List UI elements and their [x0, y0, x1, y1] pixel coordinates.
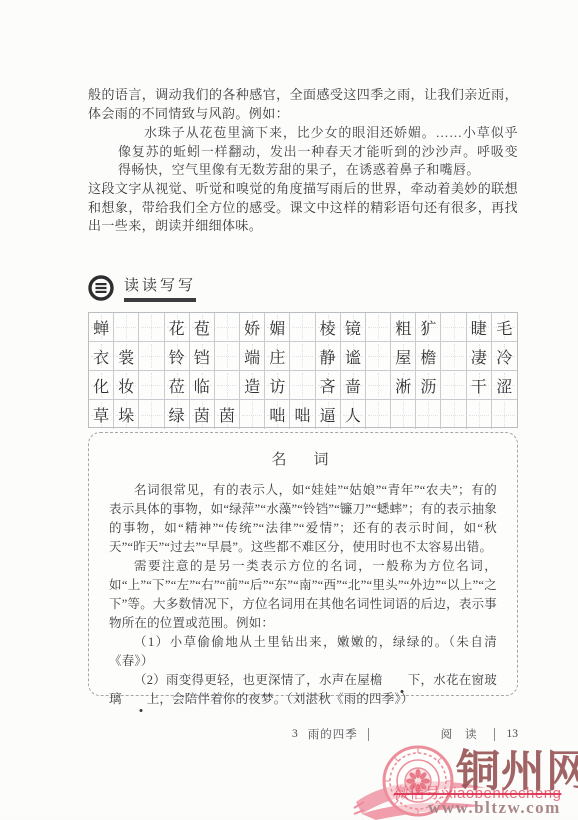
grid-cell: 妆: [114, 371, 139, 400]
section-title: 读读写写: [124, 274, 196, 302]
grid-cell: 衣: [89, 342, 114, 371]
grid-cell: 吝: [316, 371, 341, 400]
watermark: 铜州网 微信号:xiaobenkecheng www.bltzw.com: [0, 740, 578, 818]
grid-cell: [492, 400, 517, 429]
quote-paragraph: 水珠子从花苞里滴下来，比少女的眼泪还娇媚。……小草似乎像复苏的蚯蚓一样翻动，发出…: [118, 124, 518, 180]
grid-cell: 化: [89, 371, 114, 400]
grid-cell: 咄: [290, 400, 315, 429]
grid-cell: 花: [165, 313, 190, 342]
grid-cell: 临: [190, 371, 215, 400]
lesson-number: 3: [292, 728, 298, 740]
section-label: 阅 读: [441, 726, 482, 742]
grid-cell: 毛: [492, 313, 517, 342]
grid-cell: 镜: [341, 313, 366, 342]
grid-cell: 茵: [215, 400, 240, 429]
grid-cell: 裳: [114, 342, 139, 371]
footer-divider: [494, 728, 495, 741]
page-footer: 3 雨的四季 阅 读 13: [88, 726, 518, 742]
grid-cell: [215, 342, 240, 371]
grid-cell: 谧: [341, 342, 366, 371]
noun-example-2: （2）雨变得更轻，也更深情了，水声在屋檐下，水花在窗玻璃上，会陪伴着你的夜梦。（…: [109, 671, 497, 709]
read-write-section-header: 读读写写: [88, 274, 518, 302]
grid-cell: 粗: [391, 313, 416, 342]
seal-icon: [381, 744, 455, 818]
grid-cell: 端: [240, 342, 265, 371]
grid-cell: 访: [265, 371, 290, 400]
page-number: 13: [507, 728, 519, 740]
grid-cell: 咄: [265, 400, 290, 429]
emphasized-char: 下: [383, 671, 421, 690]
emphasized-char: 上: [122, 690, 160, 709]
grid-cell: 铛: [190, 342, 215, 371]
grid-cell: [215, 313, 240, 342]
grid-cell: 涩: [492, 371, 517, 400]
grid-cell: [441, 371, 466, 400]
noun-box-title: 名 词: [109, 448, 497, 469]
grid-cell: 睫: [467, 313, 492, 342]
lesson-title: 雨的四季: [308, 726, 358, 742]
closing-paragraph: 这段文字从视觉、听觉和嗅觉的角度描写雨后的世界，牵动着美妙的联想和想象，带给我们…: [88, 180, 518, 236]
grid-cell: [240, 400, 265, 429]
circle-lines-icon: [88, 275, 114, 301]
grid-cell: [366, 400, 391, 429]
grid-cell: 沥: [416, 371, 441, 400]
footer-lesson: 3 雨的四季: [292, 726, 369, 742]
noun-paragraph-2: 需要注意的是另一类表示方位的名词，一般称为方位名词，如“上”“下”“左”“右”“…: [109, 557, 497, 633]
top-paragraph: 般的语言，调动我们的各种感官，全面感受这四季之雨，让我们亲近雨，体会雨的不同情致…: [88, 86, 518, 123]
grid-cell: 垛: [114, 400, 139, 429]
grid-cell: 逼: [316, 400, 341, 429]
grid-cell: 棱: [316, 313, 341, 342]
noun-example-1: （1）小草偷偷地从土里钻出来，嫩嫩的，绿绿的。（朱自清《春》）: [109, 633, 497, 671]
grid-cell: [366, 371, 391, 400]
grid-cell: 媚: [265, 313, 290, 342]
grid-cell: 屋: [391, 342, 416, 371]
watermark-site-url: www.bltzw.com: [428, 798, 561, 818]
footer-divider: [368, 728, 369, 741]
grid-cell: [114, 313, 139, 342]
grid-cell: 草: [89, 400, 114, 429]
textbook-page: 般的语言，调动我们的各种感官，全面感受这四季之雨，让我们亲近雨，体会雨的不同情致…: [0, 0, 578, 818]
grid-cell: [416, 400, 441, 429]
noun-paragraph-1: 名词很常见，有的表示人，如“娃娃”“姑娘”“青年”“农夫”；有的表示具体的事物，…: [109, 481, 497, 557]
grid-cell: 苞: [190, 313, 215, 342]
footer-right: 阅 读 13: [441, 726, 518, 742]
grid-cell: 冷: [492, 342, 517, 371]
grid-cell: [215, 371, 240, 400]
grid-cell: [441, 313, 466, 342]
grid-cell: 檐: [416, 342, 441, 371]
grid-cell: [366, 313, 391, 342]
grid-cell: 犷: [416, 313, 441, 342]
grid-cell: [441, 400, 466, 429]
grid-cell: 静: [316, 342, 341, 371]
watermark-wechat-id: 微信号:xiaobenkecheng: [394, 782, 561, 803]
grid-cell: 凄: [467, 342, 492, 371]
grid-cell: [290, 371, 315, 400]
example2-text: ，会陪伴着你的夜梦。（刘湛秋《雨的四季》）: [159, 692, 413, 706]
grid-cell: [366, 342, 391, 371]
ribbon-icon: [352, 768, 492, 818]
grid-cell: 淅: [391, 371, 416, 400]
grid-cell: 啬: [341, 371, 366, 400]
grid-cell: [139, 400, 164, 429]
grid-cell: [139, 371, 164, 400]
grid-cell: 莅: [165, 371, 190, 400]
grid-cell: 人: [341, 400, 366, 429]
watermark-site-name: 铜州网: [456, 742, 578, 802]
grid-cell: [139, 313, 164, 342]
grid-cell: 娇: [240, 313, 265, 342]
grid-cell: 蝉: [89, 313, 114, 342]
grid-cell: 干: [467, 371, 492, 400]
grid-cell: [139, 342, 164, 371]
grid-cell: 铃: [165, 342, 190, 371]
grid-cell: [290, 313, 315, 342]
grid-cell: [441, 342, 466, 371]
grid-cell: [391, 400, 416, 429]
grid-cell: 庄: [265, 342, 290, 371]
character-grid: 蝉花苞娇媚棱镜粗犷睫毛衣裳铃铛端庄静谧屋檐凄冷化妆莅临造访吝啬淅沥干涩草垛绿茵茵…: [88, 312, 518, 428]
example2-text: （2）雨变得更轻，也更深情了，水声在屋檐: [134, 673, 383, 687]
grid-cell: [290, 342, 315, 371]
noun-box: 名 词 名词很常见，有的表示人，如“娃娃”“姑娘”“青年”“农夫”；有的表示具体…: [88, 432, 518, 696]
grid-cell: [467, 400, 492, 429]
grid-cell: 茵: [190, 400, 215, 429]
grid-cell: 造: [240, 371, 265, 400]
grid-cell: 绿: [165, 400, 190, 429]
